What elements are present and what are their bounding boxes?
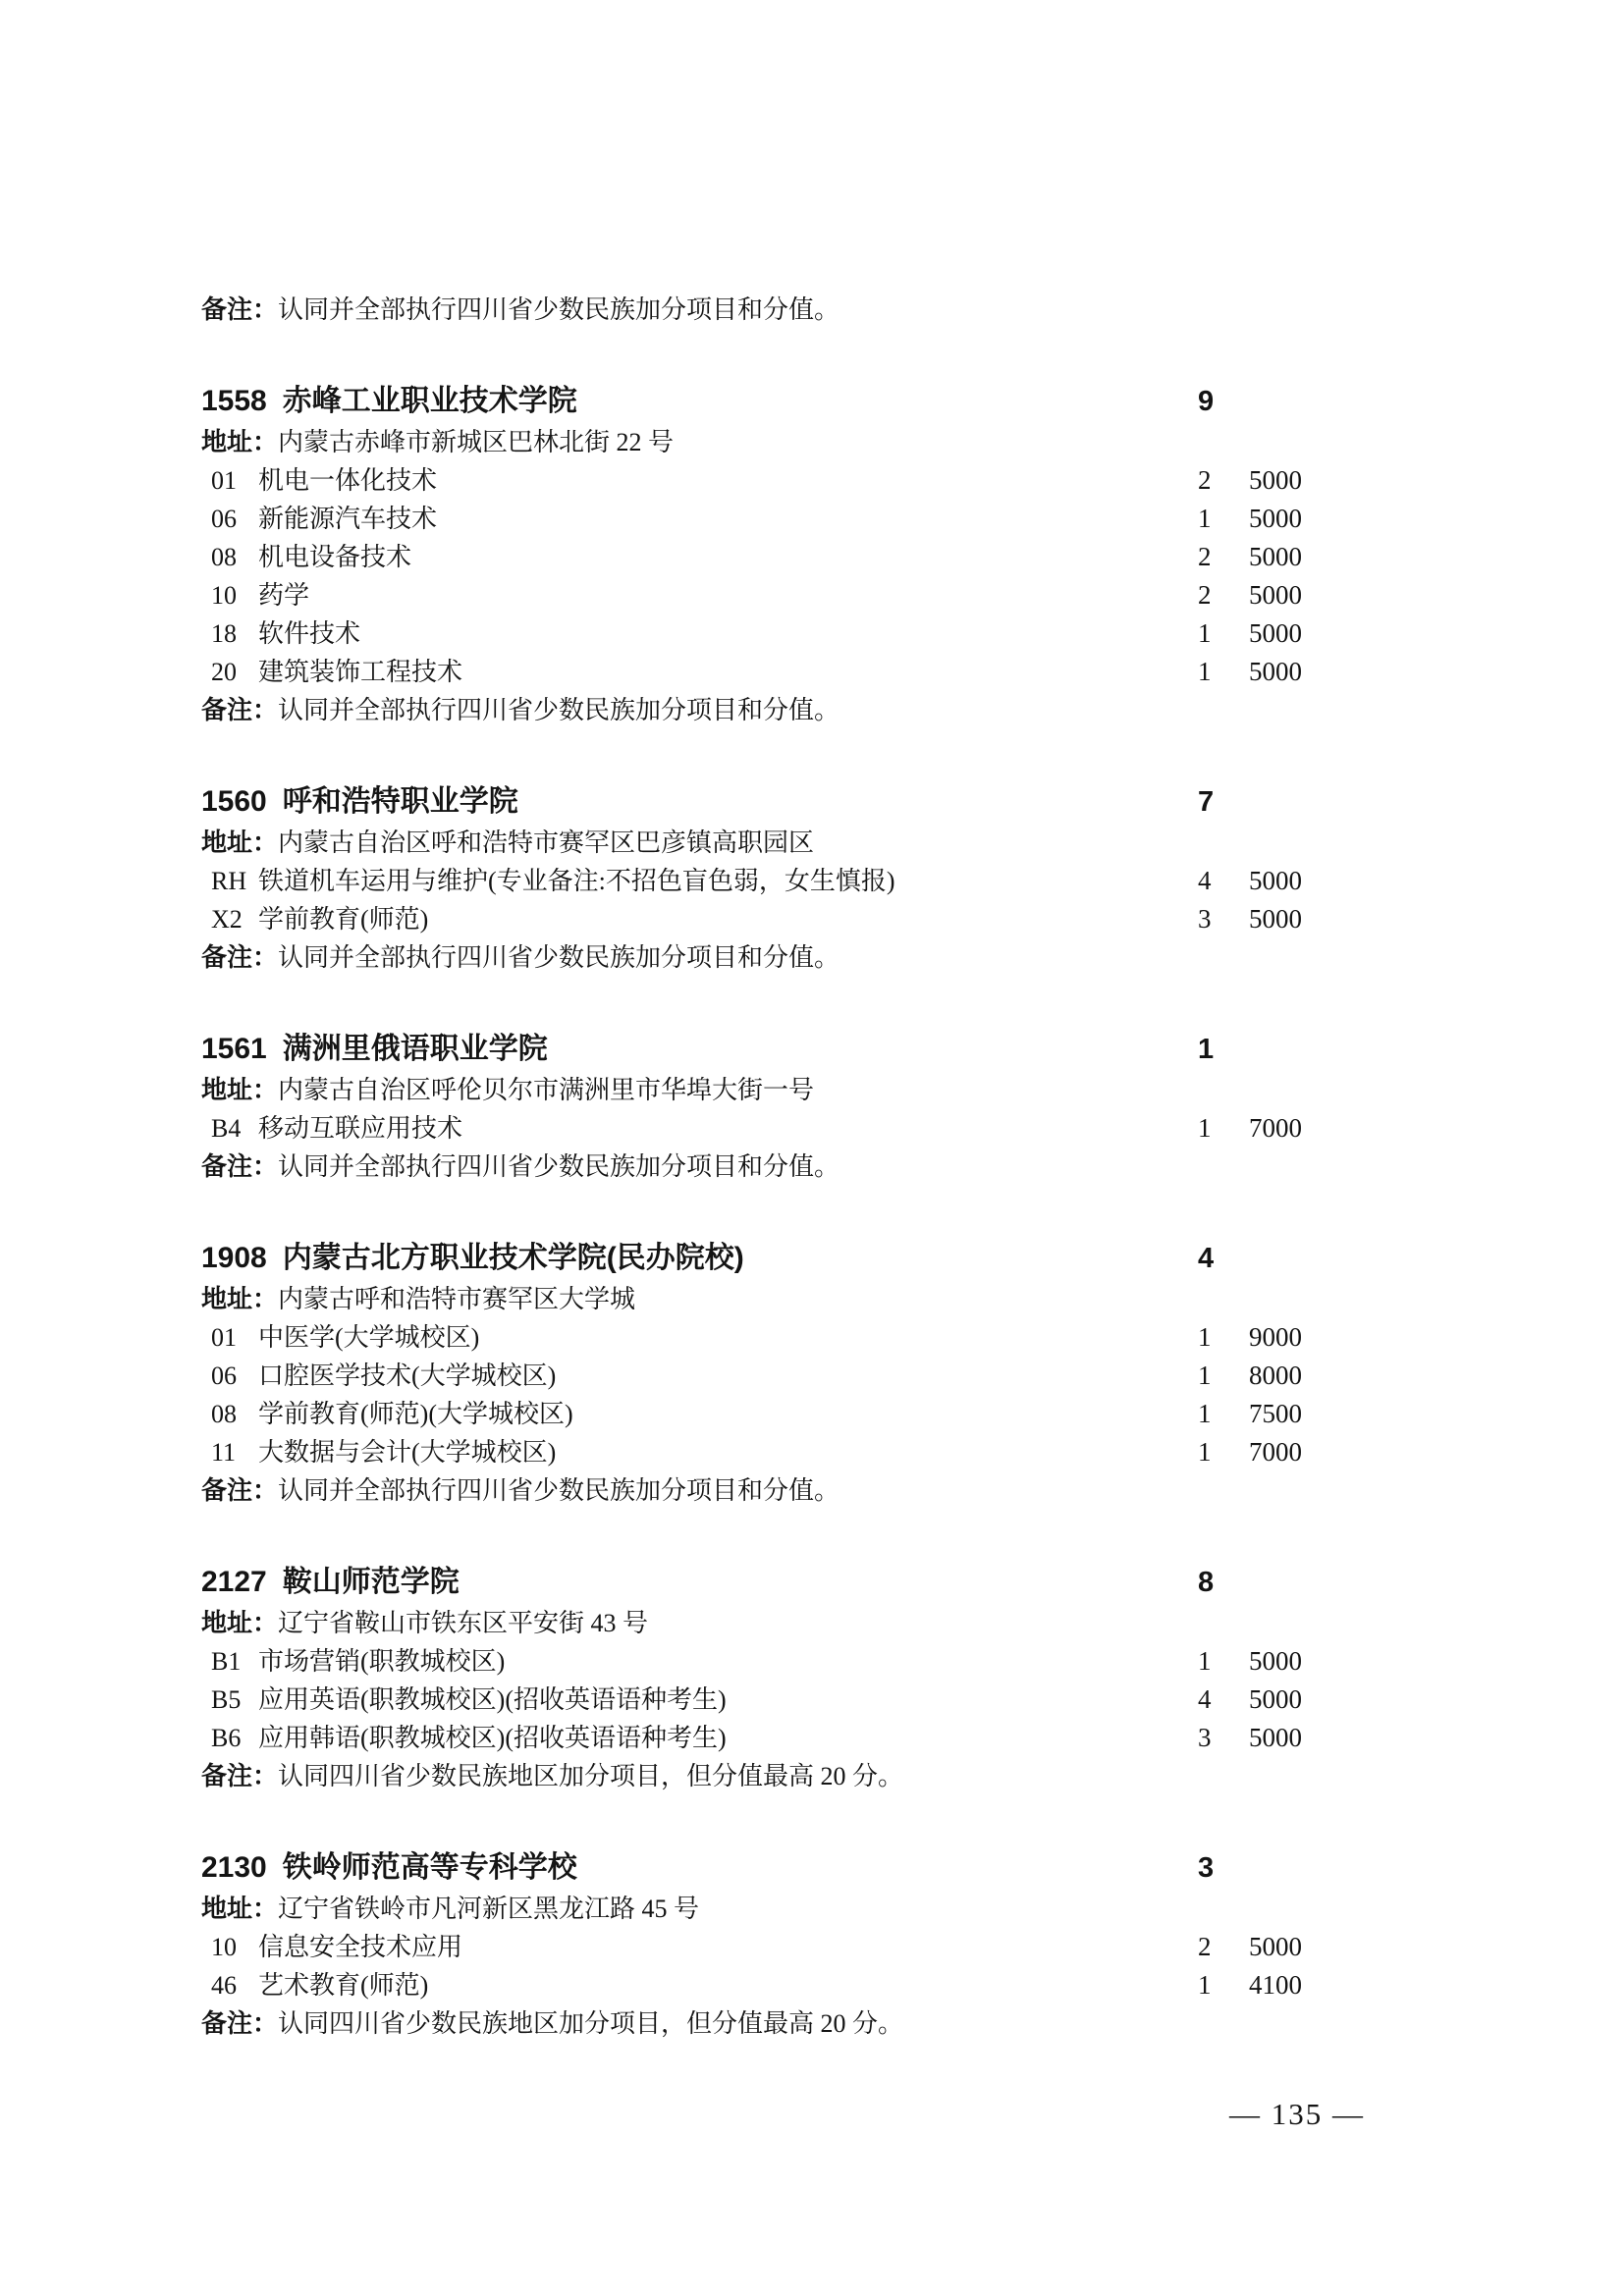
major-fee: 8000 [1249, 1357, 1333, 1394]
address-label: 地址： [201, 427, 278, 456]
major-name: 学前教育(师范)(大学城校区) [258, 1396, 1198, 1433]
major-code: B5 [211, 1682, 244, 1719]
major-fee: 4100 [1249, 1966, 1333, 2003]
address-label: 地址： [201, 828, 278, 857]
major-fee: 5000 [1249, 653, 1333, 690]
school-header: 1908 内蒙古北方职业技术学院(民办院校) 4 [201, 1237, 1333, 1280]
major-code: 20 [211, 654, 244, 691]
school-name: 呼和浩特职业学院 [283, 780, 1198, 824]
address-text: 内蒙古赤峰市新城区巴林北街 22 号 [278, 428, 674, 456]
major-code: B1 [211, 1643, 244, 1681]
school-name: 铁岭师范高等专科学校 [283, 1846, 1198, 1890]
major-name: 学前教育(师范) [258, 901, 1198, 938]
major-fee: 5000 [1249, 614, 1333, 652]
page-content: 备注：认同并全部执行四川省少数民族加分项目和分值。 1558 赤峰工业职业技术学… [201, 291, 1333, 2043]
major-row: 10 药学 2 5000 [201, 576, 1333, 614]
document-page: 备注：认同并全部执行四川省少数民族加分项目和分值。 1558 赤峰工业职业技术学… [0, 0, 1624, 2296]
note-label: 备注： [201, 1761, 278, 1790]
major-plan-count: 1 [1198, 614, 1249, 652]
school-name: 鞍山师范学院 [283, 1561, 1198, 1604]
major-plan-count: 2 [1198, 461, 1249, 499]
major-fee: 7000 [1249, 1433, 1333, 1470]
major-row: X2 学前教育(师范) 3 5000 [201, 900, 1333, 938]
major-plan-count: 4 [1198, 1681, 1249, 1718]
major-code: RH [211, 863, 244, 900]
school-plan-count: 7 [1198, 780, 1333, 824]
major-code: 18 [211, 615, 244, 653]
major-name: 机电设备技术 [258, 539, 1198, 576]
note-text: 认同并全部执行四川省少数民族加分项目和分值。 [278, 1152, 839, 1181]
school-note-line: 备注：认同并全部执行四川省少数民族加分项目和分值。 [201, 1471, 1333, 1510]
school-note-line: 备注：认同并全部执行四川省少数民族加分项目和分值。 [201, 1148, 1333, 1186]
school-note-line: 备注：认同四川省少数民族地区加分项目，但分值最高 20 分。 [201, 2004, 1333, 2043]
note-text: 认同四川省少数民族地区加分项目，但分值最高 20 分。 [278, 1762, 903, 1790]
major-fee: 5000 [1249, 1642, 1333, 1680]
note-label: 备注： [201, 695, 278, 724]
school-header: 1558 赤峰工业职业技术学院 9 [201, 380, 1333, 423]
address-line: 地址：内蒙古自治区呼伦贝尔市满洲里市华埠大街一号 [201, 1071, 1333, 1109]
major-fee: 9000 [1249, 1318, 1333, 1356]
major-name: 中医学(大学城校区) [258, 1319, 1198, 1357]
school-header: 2130 铁岭师范高等专科学校 3 [201, 1846, 1333, 1890]
major-name: 应用韩语(职教城校区)(招收英语语种考生) [258, 1720, 1198, 1757]
major-row: B5 应用英语(职教城校区)(招收英语语种考生) 4 5000 [201, 1681, 1333, 1719]
address-line: 地址：内蒙古自治区呼和浩特市赛罕区巴彦镇高职园区 [201, 824, 1333, 862]
address-text: 辽宁省鞍山市铁东区平安街 43 号 [278, 1609, 648, 1637]
note-label: 备注： [201, 942, 278, 972]
major-row: 06 新能源汽车技术 1 5000 [201, 500, 1333, 538]
school-code: 2127 [201, 1561, 267, 1604]
major-row: RH 铁道机车运用与维护(专业备注:不招色盲色弱，女生慎报) 4 5000 [201, 862, 1333, 900]
major-code: 10 [211, 1929, 244, 1966]
major-fee: 5000 [1249, 1719, 1333, 1756]
major-name: 软件技术 [258, 615, 1198, 653]
school-name: 满洲里俄语职业学院 [283, 1028, 1198, 1071]
school-note-line: 备注：认同并全部执行四川省少数民族加分项目和分值。 [201, 938, 1333, 977]
major-row: B4 移动互联应用技术 1 7000 [201, 1109, 1333, 1148]
school-section-1908: 1908 内蒙古北方职业技术学院(民办院校) 4 地址：内蒙古呼和浩特市赛罕区大… [201, 1237, 1333, 1510]
major-plan-count: 1 [1198, 1395, 1249, 1432]
major-name: 药学 [258, 577, 1198, 614]
major-plan-count: 1 [1198, 1357, 1249, 1394]
major-fee: 5000 [1249, 1928, 1333, 1965]
major-plan-count: 1 [1198, 1966, 1249, 2003]
address-label: 地址： [201, 1894, 278, 1923]
school-note-line: 备注：认同四川省少数民族地区加分项目，但分值最高 20 分。 [201, 1757, 1333, 1795]
major-fee: 5000 [1249, 461, 1333, 499]
carryover-note-line: 备注：认同并全部执行四川省少数民族加分项目和分值。 [201, 291, 1333, 329]
major-name: 移动互联应用技术 [258, 1110, 1198, 1148]
school-code: 1560 [201, 780, 267, 824]
school-name: 内蒙古北方职业技术学院(民办院校) [283, 1237, 1198, 1280]
address-text: 内蒙古呼和浩特市赛罕区大学城 [278, 1285, 635, 1313]
major-fee: 5000 [1249, 538, 1333, 575]
major-plan-count: 1 [1198, 653, 1249, 690]
school-plan-count: 9 [1198, 380, 1333, 423]
note-label: 备注： [201, 1151, 278, 1181]
major-name: 机电一体化技术 [258, 462, 1198, 500]
major-plan-count: 2 [1198, 576, 1249, 614]
major-plan-count: 1 [1198, 1318, 1249, 1356]
major-row: 11 大数据与会计(大学城校区) 1 7000 [201, 1433, 1333, 1471]
school-section-2127: 2127 鞍山师范学院 8 地址：辽宁省鞍山市铁东区平安街 43 号 B1 市场… [201, 1561, 1333, 1795]
major-code: 08 [211, 1396, 244, 1433]
note-label: 备注： [201, 1475, 278, 1505]
major-fee: 5000 [1249, 900, 1333, 937]
major-plan-count: 1 [1198, 1433, 1249, 1470]
major-code: 46 [211, 1967, 244, 2004]
address-line: 地址：辽宁省鞍山市铁东区平安街 43 号 [201, 1604, 1333, 1642]
note-label: 备注： [201, 294, 278, 324]
major-plan-count: 1 [1198, 500, 1249, 537]
major-name: 大数据与会计(大学城校区) [258, 1434, 1198, 1471]
school-code: 2130 [201, 1846, 267, 1890]
major-plan-count: 2 [1198, 538, 1249, 575]
note-text: 认同并全部执行四川省少数民族加分项目和分值。 [278, 696, 839, 724]
major-row: 18 软件技术 1 5000 [201, 614, 1333, 653]
page-number: — 135 — [1229, 2097, 1365, 2132]
major-plan-count: 4 [1198, 862, 1249, 899]
major-name: 艺术教育(师范) [258, 1967, 1198, 2004]
address-text: 内蒙古自治区呼伦贝尔市满洲里市华埠大街一号 [278, 1076, 814, 1104]
school-header: 1561 满洲里俄语职业学院 1 [201, 1028, 1333, 1071]
major-code: 11 [211, 1434, 244, 1471]
major-plan-count: 3 [1198, 900, 1249, 937]
school-note-line: 备注：认同并全部执行四川省少数民族加分项目和分值。 [201, 691, 1333, 729]
school-section-1558: 1558 赤峰工业职业技术学院 9 地址：内蒙古赤峰市新城区巴林北街 22 号 … [201, 380, 1333, 729]
major-fee: 5000 [1249, 862, 1333, 899]
school-plan-count: 4 [1198, 1237, 1333, 1280]
school-section-1560: 1560 呼和浩特职业学院 7 地址：内蒙古自治区呼和浩特市赛罕区巴彦镇高职园区… [201, 780, 1333, 977]
address-text: 内蒙古自治区呼和浩特市赛罕区巴彦镇高职园区 [278, 828, 814, 857]
major-row: 06 口腔医学技术(大学城校区) 1 8000 [201, 1357, 1333, 1395]
major-code: 10 [211, 577, 244, 614]
major-name: 铁道机车运用与维护(专业备注:不招色盲色弱，女生慎报) [258, 863, 1198, 900]
major-code: 01 [211, 462, 244, 500]
school-code: 1908 [201, 1237, 267, 1280]
major-fee: 5000 [1249, 1681, 1333, 1718]
major-plan-count: 1 [1198, 1642, 1249, 1680]
note-text: 认同并全部执行四川省少数民族加分项目和分值。 [278, 295, 839, 324]
address-label: 地址： [201, 1075, 278, 1104]
school-name: 赤峰工业职业技术学院 [283, 380, 1198, 423]
major-plan-count: 2 [1198, 1928, 1249, 1965]
major-name: 口腔医学技术(大学城校区) [258, 1358, 1198, 1395]
major-fee: 7000 [1249, 1109, 1333, 1147]
major-code: X2 [211, 901, 244, 938]
major-row: B1 市场营销(职教城校区) 1 5000 [201, 1642, 1333, 1681]
school-plan-count: 8 [1198, 1561, 1333, 1604]
major-row: 01 中医学(大学城校区) 1 9000 [201, 1318, 1333, 1357]
major-fee: 5000 [1249, 576, 1333, 614]
address-label: 地址： [201, 1284, 278, 1313]
major-row: 08 机电设备技术 2 5000 [201, 538, 1333, 576]
major-name: 市场营销(职教城校区) [258, 1643, 1198, 1681]
school-header: 1560 呼和浩特职业学院 7 [201, 780, 1333, 824]
major-row: 20 建筑装饰工程技术 1 5000 [201, 653, 1333, 691]
major-name: 信息安全技术应用 [258, 1929, 1198, 1966]
major-code: B6 [211, 1720, 244, 1757]
address-line: 地址：内蒙古赤峰市新城区巴林北街 22 号 [201, 423, 1333, 461]
address-line: 地址：辽宁省铁岭市凡河新区黑龙江路 45 号 [201, 1890, 1333, 1928]
major-fee: 5000 [1249, 500, 1333, 537]
address-label: 地址： [201, 1608, 278, 1637]
school-plan-count: 1 [1198, 1028, 1333, 1071]
major-code: 06 [211, 1358, 244, 1395]
school-code: 1561 [201, 1028, 267, 1071]
major-row: 10 信息安全技术应用 2 5000 [201, 1928, 1333, 1966]
school-section-2130: 2130 铁岭师范高等专科学校 3 地址：辽宁省铁岭市凡河新区黑龙江路 45 号… [201, 1846, 1333, 2043]
major-code: B4 [211, 1110, 244, 1148]
major-code: 08 [211, 539, 244, 576]
major-row: B6 应用韩语(职教城校区)(招收英语语种考生) 3 5000 [201, 1719, 1333, 1757]
note-text: 认同并全部执行四川省少数民族加分项目和分值。 [278, 943, 839, 972]
major-row: 08 学前教育(师范)(大学城校区) 1 7500 [201, 1395, 1333, 1433]
note-text: 认同四川省少数民族地区加分项目，但分值最高 20 分。 [278, 2009, 903, 2038]
major-code: 06 [211, 501, 244, 538]
school-plan-count: 3 [1198, 1846, 1333, 1890]
note-text: 认同并全部执行四川省少数民族加分项目和分值。 [278, 1476, 839, 1505]
major-name: 应用英语(职教城校区)(招收英语语种考生) [258, 1682, 1198, 1719]
major-row: 01 机电一体化技术 2 5000 [201, 461, 1333, 500]
address-line: 地址：内蒙古呼和浩特市赛罕区大学城 [201, 1280, 1333, 1318]
school-header: 2127 鞍山师范学院 8 [201, 1561, 1333, 1604]
note-label: 备注： [201, 2008, 278, 2038]
major-fee: 7500 [1249, 1395, 1333, 1432]
school-section-1561: 1561 满洲里俄语职业学院 1 地址：内蒙古自治区呼伦贝尔市满洲里市华埠大街一… [201, 1028, 1333, 1186]
major-name: 建筑装饰工程技术 [258, 654, 1198, 691]
address-text: 辽宁省铁岭市凡河新区黑龙江路 45 号 [278, 1895, 699, 1923]
major-code: 01 [211, 1319, 244, 1357]
school-code: 1558 [201, 380, 267, 423]
major-plan-count: 3 [1198, 1719, 1249, 1756]
major-name: 新能源汽车技术 [258, 501, 1198, 538]
major-plan-count: 1 [1198, 1109, 1249, 1147]
major-row: 46 艺术教育(师范) 1 4100 [201, 1966, 1333, 2004]
